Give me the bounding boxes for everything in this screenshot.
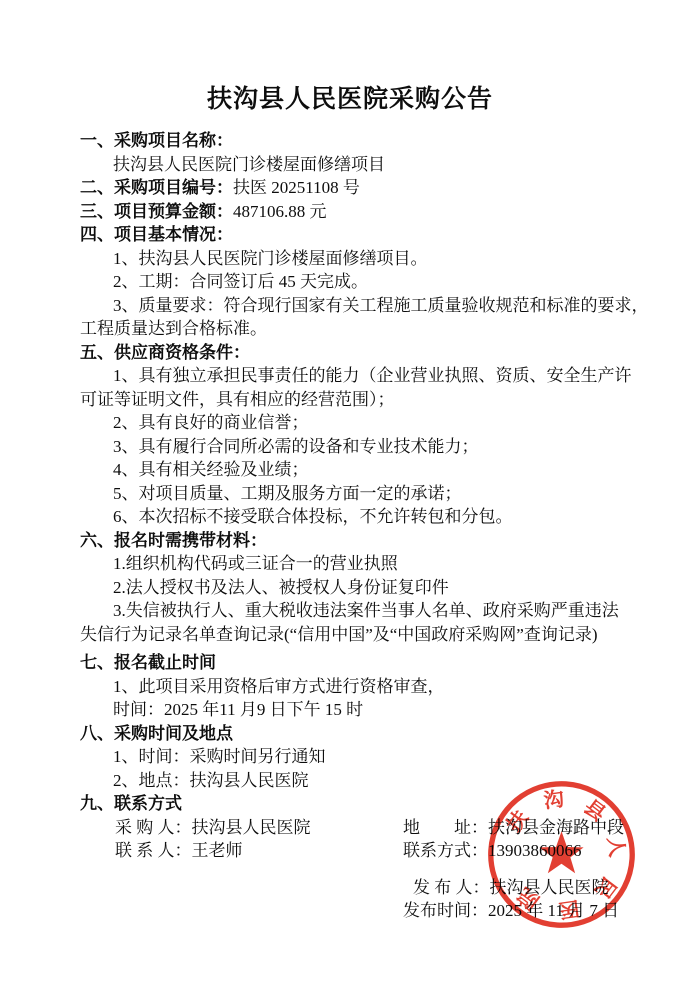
publisher-block: 发 布 人：扶沟县人民医院 发布时间：2025 年 11 月 7 日 xyxy=(403,876,636,923)
address-value: 扶沟县金海路中段 xyxy=(488,818,624,837)
buyer-line: 采 购 人：扶沟县人民医院 xyxy=(115,816,403,840)
procurement-announcement-document: 扶沟县人民医院采购公告 一、采购项目名称： 扶沟县人民医院门诊楼屋面修缮项目 二… xyxy=(0,0,700,998)
section-5-item: 4、具有相关经验及业绩； xyxy=(80,458,636,482)
section-1-heading: 一、采购项目名称： xyxy=(80,129,636,153)
contact-person-label: 联 系 人： xyxy=(115,841,192,860)
section-6-item: 2.法人授权书及法人、被授权人身份证复印件 xyxy=(80,576,636,600)
section-3-line: 三、项目预算金额：487106.88 元 xyxy=(80,200,636,224)
section-8-heading: 八、采购时间及地点 xyxy=(80,722,636,746)
section-7-heading: 七、报名截止时间 xyxy=(80,651,636,675)
contact-row: 采 购 人：扶沟县人民医院 地 址：扶沟县金海路中段 xyxy=(80,816,636,840)
buyer-value: 扶沟县人民医院 xyxy=(192,818,311,837)
publisher-label: 发 布 人： xyxy=(413,878,490,897)
section-2-line: 二、采购项目编号：扶医 20251108 号 xyxy=(80,176,636,200)
contact-person-line: 联 系 人：王老师 xyxy=(115,839,403,863)
publish-date-label: 发布时间： xyxy=(403,901,488,920)
contact-row: 联 系 人：王老师 联系方式：13903860066 xyxy=(80,839,636,863)
section-4-item: 3、质量要求：符合现行国家有关工程施工质量验收规范和标准的要求， xyxy=(80,294,636,318)
document-body: 一、采购项目名称： 扶沟县人民医院门诊楼屋面修缮项目 二、采购项目编号：扶医 2… xyxy=(80,129,636,923)
section-6-item: 1.组织机构代码或三证合一的营业执照 xyxy=(80,552,636,576)
address-line: 地 址：扶沟县金海路中段 xyxy=(403,816,624,840)
section-4-item: 1、扶沟县人民医院门诊楼屋面修缮项目。 xyxy=(80,247,636,271)
contact-person-value: 王老师 xyxy=(192,841,243,860)
section-4-item: 2、工期：合同签订后 45 天完成。 xyxy=(80,270,636,294)
publisher-value: 扶沟县人民医院 xyxy=(490,878,609,897)
section-8-item: 2、地点：扶沟县人民医院 xyxy=(80,769,636,793)
section-5-item: 3、具有履行合同所必需的设备和专业技术能力； xyxy=(80,435,636,459)
section-5-item: 5、对项目质量、工期及服务方面一定的承诺； xyxy=(80,482,636,506)
section-5-item: 1、具有独立承担民事责任的能力（企业营业执照、资质、安全生产许 xyxy=(80,364,636,388)
section-7-item: 时间：2025 年11 月9 日下午 15 时 xyxy=(80,698,636,722)
project-number-value: 扶医 20251108 号 xyxy=(233,178,360,197)
publish-date-line: 发布时间：2025 年 11 月 7 日 xyxy=(403,899,636,923)
page-title: 扶沟县人民医院采购公告 xyxy=(0,84,700,114)
address-label: 地 址： xyxy=(403,818,488,837)
buyer-label: 采 购 人： xyxy=(115,818,192,837)
budget-value: 487106.88 元 xyxy=(233,202,327,221)
phone-label: 联系方式： xyxy=(403,841,488,860)
section-6-heading: 六、报名时需携带材料： xyxy=(80,529,636,553)
section-5-item: 2、具有良好的商业信誉； xyxy=(80,411,636,435)
section-6-item: 3.失信被执行人、重大税收违法案件当事人名单、政府采购严重违法 xyxy=(80,599,636,623)
publish-date-value: 2025 年 11 月 7 日 xyxy=(488,901,619,920)
section-4-heading: 四、项目基本情况： xyxy=(80,223,636,247)
section-6-item-continuation: 失信行为记录名单查询记录(“信用中国”及“中国政府采购网”查询记录) xyxy=(80,623,636,647)
phone-line: 联系方式：13903860066 xyxy=(403,839,582,863)
section-5-item: 6、本次招标不接受联合体投标，不允许转包和分包。 xyxy=(80,505,636,529)
section-9-heading: 九、联系方式 xyxy=(80,792,636,816)
section-3-heading: 三、项目预算金额： xyxy=(80,202,233,221)
section-4-item-continuation: 工程质量达到合格标准。 xyxy=(80,317,636,341)
section-1-body: 扶沟县人民医院门诊楼屋面修缮项目 xyxy=(80,153,636,177)
section-8-item: 1、时间：采购时间另行通知 xyxy=(80,745,636,769)
section-5-item-continuation: 可证等证明文件，具有相应的经营范围）； xyxy=(80,388,636,412)
section-2-heading: 二、采购项目编号： xyxy=(80,178,233,197)
section-5-heading: 五、供应商资格条件： xyxy=(80,341,636,365)
phone-value: 13903860066 xyxy=(488,841,582,860)
publisher-line: 发 布 人：扶沟县人民医院 xyxy=(403,876,636,900)
section-7-item: 1、此项目采用资格后审方式进行资格审查， xyxy=(80,675,636,699)
